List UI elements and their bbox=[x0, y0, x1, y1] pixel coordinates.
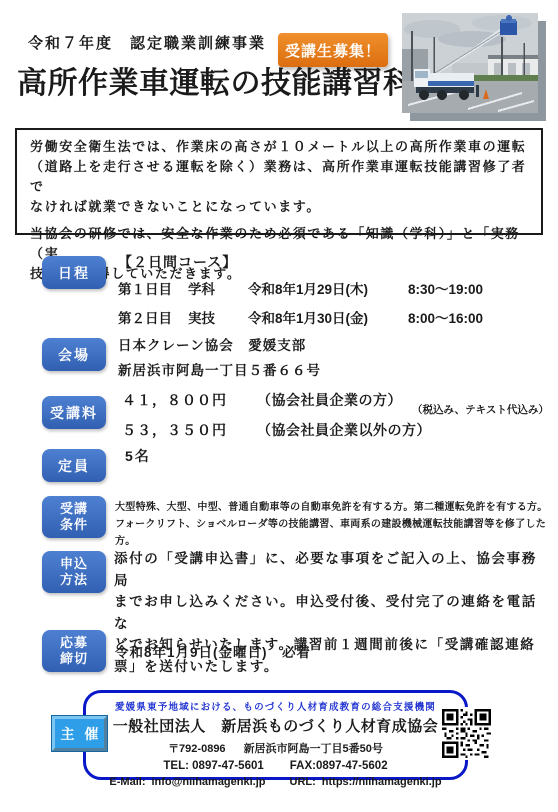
venue-address: 新居浜市阿島一丁目５番６６号 bbox=[118, 358, 321, 383]
intro-box: 労働安全衛生法では、作業床の高さが１０メートル以上の高所作業車の運転 （道路上を… bbox=[15, 128, 543, 235]
fee-price: ４１，８００円 bbox=[122, 390, 257, 410]
label-deadline: 応募 締切 bbox=[42, 630, 106, 672]
label-venue: 会場 bbox=[42, 338, 106, 371]
schedule-time: 8:00～16:00 bbox=[408, 307, 483, 327]
organizer-badge: 主 催 bbox=[52, 716, 107, 751]
requirements-text: 大型特殊、大型、中型、普通自動車等の自動車免許を有する方。第二種運転免許を有する… bbox=[115, 499, 558, 550]
label-capacity: 定員 bbox=[42, 449, 106, 482]
label-requirements: 受講 条件 bbox=[42, 496, 106, 538]
label-schedule: 日程 bbox=[42, 256, 106, 289]
venue-name: 日本クレーン協会 愛媛支部 bbox=[118, 333, 321, 358]
fee-target: （協会社員企業以外の方） bbox=[257, 420, 431, 440]
capacity-value: 5名 bbox=[125, 446, 151, 466]
flyer-page: 令和７年度 認定職業訓練事業 受講生募集！ 高所作業車運転の技能講習科 bbox=[0, 0, 558, 812]
organizer-address-line: 〒792-0896 新居浜市阿島一丁目5番50号 bbox=[168, 740, 383, 756]
email-label: E-Mail: bbox=[109, 776, 145, 788]
schedule-day: 第２日目 bbox=[118, 307, 188, 327]
organizer-address: 新居浜市阿島一丁目5番50号 bbox=[244, 740, 383, 756]
intro-paragraph-1: 労働安全衛生法では、作業床の高さが１０メートル以上の高所作業車の運転 （道路上を… bbox=[30, 137, 528, 217]
fee-target: （協会社員企業の方） bbox=[257, 390, 402, 410]
venue-info: 日本クレーン協会 愛媛支部 新居浜市阿島一丁目５番６６号 bbox=[118, 333, 321, 383]
url-label: URL: bbox=[290, 776, 316, 788]
schedule-date: 令和8年1月30日(金) bbox=[248, 307, 408, 327]
program-type: 令和７年度 認定職業訓練事業 bbox=[28, 32, 266, 53]
schedule-time: 8:30～19:00 bbox=[408, 278, 483, 298]
url-value: https://niihamagenki.jp bbox=[322, 776, 442, 788]
fee-row: ４１，８００円 （協会社員企業の方） bbox=[122, 390, 431, 410]
schedule-table: 第１日目 学科 令和8年1月29日(木) 8:30～19:00 第２日目 実技 … bbox=[118, 278, 483, 336]
fee-tax-note: （税込み、テキスト代込み） bbox=[412, 402, 549, 417]
label-fee: 受講料 bbox=[42, 396, 106, 429]
schedule-day: 第１日目 bbox=[118, 278, 188, 298]
aerial-work-truck-photo bbox=[402, 13, 538, 113]
organizer-tagline: 愛媛県東予地域における、ものづくり人材育成教育の総合支援機関 bbox=[115, 699, 436, 713]
organizer-fax: FAX:0897-47-5602 bbox=[290, 760, 388, 772]
fee-price: ５３，３５０円 bbox=[122, 420, 257, 440]
schedule-row: 第１日目 学科 令和8年1月29日(木) 8:30～19:00 bbox=[118, 278, 483, 298]
schedule-subject: 学科 bbox=[188, 278, 248, 298]
organizer-name: 一般社団法人 新居浜ものづくり人材育成協会 bbox=[113, 715, 439, 736]
organizer-telfax-line: TEL: 0897-47-5601 FAX:0897-47-5602 bbox=[163, 760, 387, 772]
label-application: 申込 方法 bbox=[42, 551, 106, 593]
fee-table: ４１，８００円 （協会社員企業の方） ５３，３５０円 （協会社員企業以外の方） bbox=[122, 390, 431, 450]
spacer bbox=[272, 776, 284, 788]
deadline-value: 令和8年1月9日(金曜日) 必着 bbox=[115, 641, 311, 661]
schedule-subject: 実技 bbox=[188, 307, 248, 327]
organizer-info-box: 愛媛県東予地域における、ものづくり人材育成教育の総合支援機関 一般社団法人 新居… bbox=[83, 690, 468, 780]
schedule-date: 令和8年1月29日(木) bbox=[248, 278, 408, 298]
schedule-row: 第２日目 実技 令和8年1月30日(金) 8:00～16:00 bbox=[118, 307, 483, 327]
organizer-contact-line: E-Mail: info@niihamagenki.jp URL: https:… bbox=[109, 776, 441, 788]
organizer-tel: TEL: 0897-47-5601 bbox=[163, 760, 263, 772]
qr-code bbox=[440, 707, 493, 760]
course-heading: 【２日間コース】 bbox=[118, 252, 237, 272]
page-title: 高所作業車運転の技能講習科 bbox=[17, 58, 414, 102]
organizer-postal-code: 〒792-0896 bbox=[168, 740, 226, 756]
email-value: info@niihamagenki.jp bbox=[151, 776, 265, 788]
fee-row: ５３，３５０円 （協会社員企業以外の方） bbox=[122, 420, 431, 440]
